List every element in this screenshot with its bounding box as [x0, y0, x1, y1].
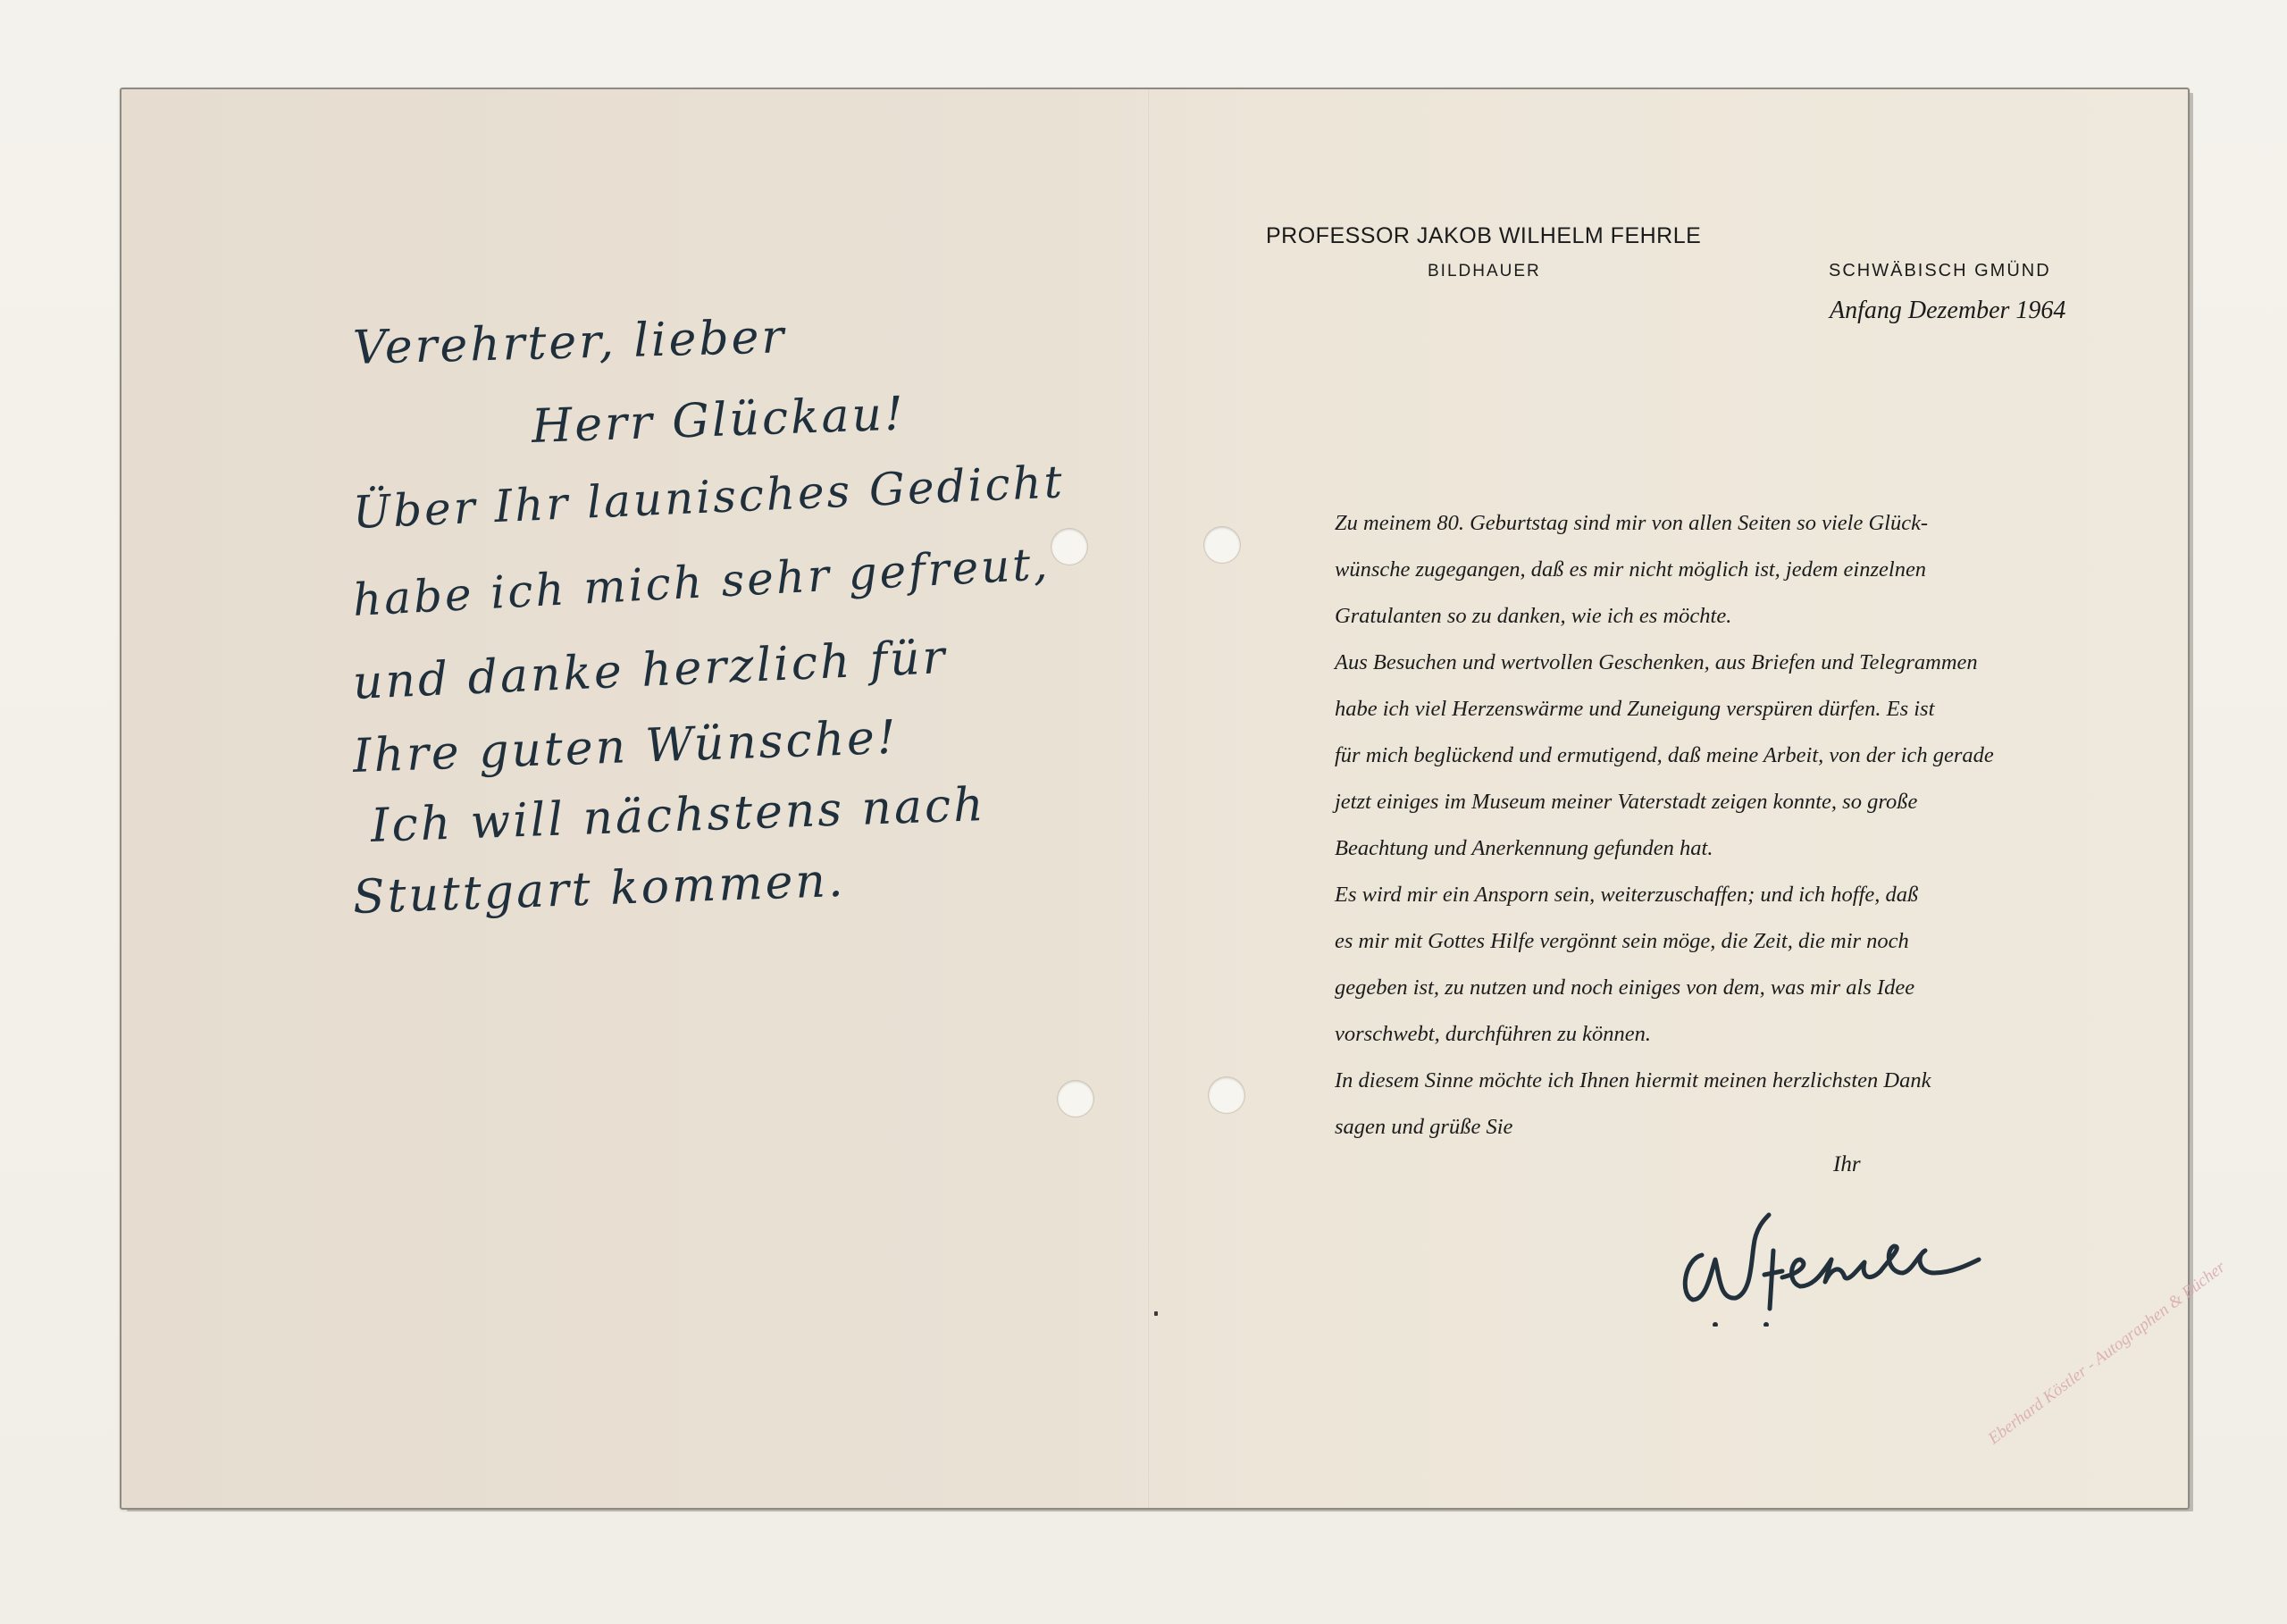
body-line: vorschwebt, durchführen zu können.	[1335, 1011, 2103, 1058]
punch-hole-top-left	[1051, 529, 1087, 565]
body-line: gegeben ist, zu nutzen und noch einiges …	[1335, 965, 2103, 1011]
punch-hole-bottom-left	[1058, 1081, 1093, 1117]
body-line: Beachtung und Anerkennung gefunden hat.	[1335, 825, 2103, 872]
letterhead-name: PROFESSOR JAKOB WILHELM FEHRLE	[1266, 223, 1701, 249]
body-line: jetzt einiges im Museum meiner Vaterstad…	[1335, 779, 2103, 825]
handwritten-line: Verehrter, lieber	[352, 310, 787, 375]
punch-hole-bottom-right	[1209, 1077, 1244, 1113]
center-fold	[1147, 89, 1150, 1508]
body-line: es mir mit Gottes Hilfe vergönnt sein mö…	[1335, 918, 2103, 965]
punch-hole-top-right	[1204, 527, 1240, 563]
body-line: habe ich viel Herzenswärme und Zuneigung…	[1335, 686, 2103, 732]
letterhead-place: SCHWÄBISCH GMÜND	[1829, 261, 2051, 281]
letter-date: Anfang Dezember 1964	[1830, 297, 2065, 325]
paper-speck	[1154, 1311, 1158, 1316]
body-line: In diesem Sinne möchte ich Ihnen hiermit…	[1335, 1058, 2103, 1104]
body-line: sagen und grüße Sie	[1335, 1104, 2103, 1151]
signature-icon	[1666, 1210, 1997, 1327]
letterhead-role: BILDHAUER	[1428, 262, 1541, 281]
closing: Ihr	[1833, 1152, 1861, 1177]
body-line: für mich beglückend und ermutigend, daß …	[1335, 732, 2103, 779]
body-line: Zu meinem 80. Geburtstag sind mir von al…	[1335, 500, 2103, 547]
body-line: Es wird mir ein Ansporn sein, weiterzusc…	[1335, 872, 2103, 918]
letter-body: Zu meinem 80. Geburtstag sind mir von al…	[1335, 500, 2103, 1151]
body-line: Gratulanten so zu danken, wie ich es möc…	[1335, 593, 2103, 640]
body-line: wünsche zugegangen, daß es mir nicht mög…	[1335, 547, 2103, 593]
body-line: Aus Besuchen und wertvollen Geschenken, …	[1335, 640, 2103, 686]
